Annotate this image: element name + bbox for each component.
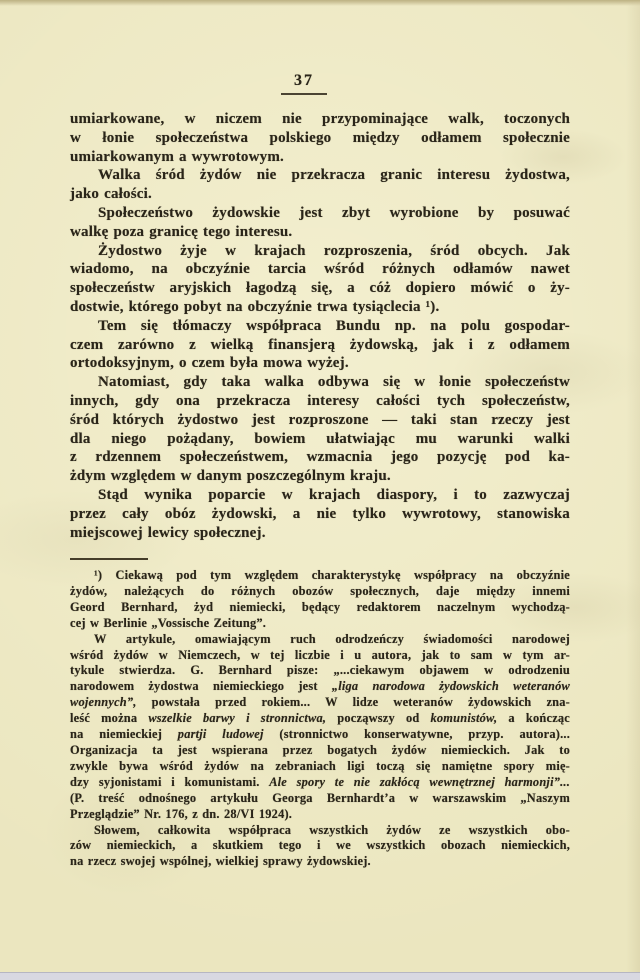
text-line: narodowem żydostwa niemieckiego jest „li… <box>70 679 570 695</box>
text-line: umiarkowane, w niczem nie przypominające… <box>70 110 570 129</box>
text-line: czem zarówno z wielką finansjerą żydowsk… <box>70 336 570 355</box>
text-run: czem zarówno z wielką finansjerą żydowsk… <box>70 337 570 353</box>
text-line: W artykule, omawiającym ruch odrodzeńczy… <box>70 632 570 648</box>
text-run: społeczeństw aryjskich łagodzą się, a có… <box>70 280 570 296</box>
text-line: na rzecz swojej wspólnej, wielkiej spraw… <box>70 854 570 870</box>
text-line: Natomiast, gdy taka walka odbywa się w ł… <box>70 373 570 392</box>
text-run: w łonie społeczeństwa polskiego między o… <box>70 130 570 146</box>
paragraph: Stąd wynika poparcie w krajach diaspory,… <box>70 486 570 542</box>
text-line: zwykle bywa wśród żydów na zebraniach li… <box>70 759 570 775</box>
text-run: Społeczeństwo żydowskie jest zbyt wyrobi… <box>98 205 570 221</box>
text-run: Przeglądzie” Nr. 176, z dn. 28/VI 1924). <box>70 807 292 821</box>
text-line: w łonie społeczeństwa polskiego między o… <box>70 129 570 148</box>
paragraph: Natomiast, gdy taka walka odbywa się w ł… <box>70 373 570 486</box>
italic-run: partji ludowej <box>178 727 264 741</box>
footnote-block: ¹) Ciekawą pod tym względem charakteryst… <box>70 568 570 870</box>
text-run: (stronnictwo konserwatywne, przyp. autor… <box>264 727 570 741</box>
text-line: dzy syjonistami i komunistami. Ale spory… <box>70 775 570 791</box>
text-run: na rzecz swojej wspólnej, wielkiej spraw… <box>70 854 371 868</box>
text-run: innych, gdy ona przekracza interesy cało… <box>70 393 570 409</box>
text-run: zów niemieckich, a skutkiem tego i we ws… <box>70 838 570 852</box>
text-run: dostwie, którego pobyt na obczyźnie trwa… <box>70 299 439 315</box>
text-line: zów niemieckich, a skutkiem tego i we ws… <box>70 838 570 854</box>
main-text-block: umiarkowane, w niczem nie przypominające… <box>70 110 570 542</box>
text-line: cej w Berlinie „Vossische Zeitung”. <box>70 616 570 632</box>
text-run: Żydostwo żyje w krajach rozproszenia, śr… <box>98 243 570 259</box>
page-number: 37 <box>281 72 327 95</box>
text-line: Geord Bernhard, żyd niemiecki, będący re… <box>70 600 570 616</box>
text-line: leść można wszelkie barwy i stronnictwa,… <box>70 711 570 727</box>
text-run: cej w Berlinie „Vossische Zeitung”. <box>70 616 266 630</box>
text-line: (P. treść odnośnego artykułu Georga Bern… <box>70 791 570 807</box>
text-run: (P. treść odnośnego artykułu Georga Bern… <box>70 791 570 805</box>
text-run: żydów, należących do różnych obozów społ… <box>70 584 570 598</box>
text-run: W artykule, omawiającym ruch odrodzeńczy… <box>94 632 570 646</box>
text-line: przez cały obóz żydowski, a nie tylko wy… <box>70 505 570 524</box>
text-run: przez cały obóz żydowski, a nie tylko wy… <box>70 506 570 522</box>
italic-run: wojennych”, <box>70 695 137 709</box>
text-line: z rdzennem społeczeństwem, wzmacnia jego… <box>70 448 570 467</box>
text-run: wśród żydów w Niemczech, w tej liczbie i… <box>70 648 570 662</box>
text-line: wojennych”, powstała przed rokiem... W l… <box>70 695 570 711</box>
text-line: Społeczeństwo żydowskie jest zbyt wyrobi… <box>70 204 570 223</box>
text-line: Słowem, całkowita współpraca wszystkich … <box>70 823 570 839</box>
text-run: dzy syjonistami i komunistami. <box>70 775 269 789</box>
text-run: jako całości. <box>70 186 152 202</box>
text-run: walkę poza granicę tego interesu. <box>70 224 292 240</box>
scanned-book-page: 37 umiarkowane, w niczem nie przypominaj… <box>0 0 640 980</box>
text-line: walkę poza granicę tego interesu. <box>70 223 570 242</box>
text-line: tykule stwierdza. G. Bernhard pisze: „..… <box>70 663 570 679</box>
page-header: 37 <box>0 72 640 95</box>
text-run: leść można <box>70 711 148 725</box>
italic-run: „liga narodowa żydowskich weteranów <box>332 679 570 693</box>
text-line: śród których żydostwo jest rozproszone —… <box>70 411 570 430</box>
italic-run: Ale spory te nie zakłócą wewnętrznej har… <box>269 775 570 789</box>
paragraph: Walka śród żydów nie przekracza granic i… <box>70 166 570 204</box>
text-run: Słowem, całkowita współpraca wszystkich … <box>94 823 570 837</box>
text-line: wśród żydów w Niemczech, w tej liczbie i… <box>70 648 570 664</box>
text-line: dla niego pożądany, bowiem ułatwiając mu… <box>70 430 570 449</box>
text-run: miejscowej lewicy społecznej. <box>70 525 266 541</box>
text-line: Stąd wynika poparcie w krajach diaspory,… <box>70 486 570 505</box>
italic-run: wszelkie barwy i stronnictwa, <box>148 711 326 725</box>
text-run: Natomiast, gdy taka walka odbywa się w ł… <box>98 374 570 390</box>
text-run: śród których żydostwo jest rozproszone —… <box>70 412 570 428</box>
text-run: narodowem żydostwa niemieckiego jest <box>70 679 332 693</box>
paragraph: Tem się tłómaczy współpraca Bundu np. na… <box>70 317 570 373</box>
text-run: Stąd wynika poparcie w krajach diaspory,… <box>98 487 570 503</box>
text-line: Organizacja ta jest wspierana przez boga… <box>70 743 570 759</box>
paragraph: Słowem, całkowita współpraca wszystkich … <box>70 823 570 871</box>
text-line: na niemieckiej partji ludowej (stronnict… <box>70 727 570 743</box>
text-run: wiadomo, na obczyźnie tarcia wśród różny… <box>70 261 570 277</box>
scan-bottom-strip <box>0 972 640 980</box>
text-line: Przeglądzie” Nr. 176, z dn. 28/VI 1924). <box>70 807 570 823</box>
text-line: Tem się tłómaczy współpraca Bundu np. na… <box>70 317 570 336</box>
text-line: ortodoksyjnym, o czem była mowa wyżej. <box>70 354 570 373</box>
text-line: Żydostwo żyje w krajach rozproszenia, śr… <box>70 242 570 261</box>
paragraph: ¹) Ciekawą pod tym względem charakteryst… <box>70 568 570 632</box>
page-top-edge <box>0 0 640 6</box>
text-line: społeczeństw aryjskich łagodzą się, a có… <box>70 279 570 298</box>
text-run: a kończąc <box>497 711 570 725</box>
text-line: umiarkowanym a wywrotowym. <box>70 148 570 167</box>
text-line: Walka śród żydów nie przekracza granic i… <box>70 166 570 185</box>
text-line: wiadomo, na obczyźnie tarcia wśród różny… <box>70 260 570 279</box>
text-run: tykule stwierdza. G. Bernhard pisze: „..… <box>70 663 570 677</box>
footnote-separator <box>70 558 148 560</box>
text-line: ¹) Ciekawą pod tym względem charakteryst… <box>70 568 570 584</box>
text-run: Organizacja ta jest wspierana przez boga… <box>70 743 570 757</box>
text-run: Walka śród żydów nie przekracza granic i… <box>98 167 570 183</box>
text-run: ¹) Ciekawą pod tym względem charakteryst… <box>94 568 570 582</box>
text-line: żydów, należących do różnych obozów społ… <box>70 584 570 600</box>
text-run: zwykle bywa wśród żydów na zebraniach li… <box>70 759 570 773</box>
italic-run: komunistów, <box>431 711 498 725</box>
text-run: umiarkowanym a wywrotowym. <box>70 149 284 165</box>
text-line: innych, gdy ona przekracza interesy cało… <box>70 392 570 411</box>
paragraph: Żydostwo żyje w krajach rozproszenia, śr… <box>70 242 570 317</box>
text-run: ortodoksyjnym, o czem była mowa wyżej. <box>70 355 349 371</box>
paragraph: W artykule, omawiającym ruch odrodzeńczy… <box>70 632 570 823</box>
paragraph: Społeczeństwo żydowskie jest zbyt wyrobi… <box>70 204 570 242</box>
text-run: Geord Bernhard, żyd niemiecki, będący re… <box>70 600 570 614</box>
paragraph: umiarkowane, w niczem nie przypominające… <box>70 110 570 166</box>
text-line: dostwie, którego pobyt na obczyźnie trwa… <box>70 298 570 317</box>
text-run: na niemieckiej <box>70 727 178 741</box>
text-line: żdym względem w danym poszczególnym kraj… <box>70 467 570 486</box>
text-line: miejscowej lewicy społecznej. <box>70 524 570 543</box>
text-run: powstała przed rokiem... W lidze weteran… <box>137 695 570 709</box>
text-run: Tem się tłómaczy współpraca Bundu np. na… <box>98 318 570 334</box>
text-run: umiarkowane, w niczem nie przypominające… <box>70 111 570 127</box>
text-run: począwszy od <box>326 711 430 725</box>
text-line: jako całości. <box>70 185 570 204</box>
text-run: żdym względem w danym poszczególnym kraj… <box>70 468 391 484</box>
text-run: dla niego pożądany, bowiem ułatwiając mu… <box>70 431 570 447</box>
text-run: z rdzennem społeczeństwem, wzmacnia jego… <box>70 449 570 465</box>
